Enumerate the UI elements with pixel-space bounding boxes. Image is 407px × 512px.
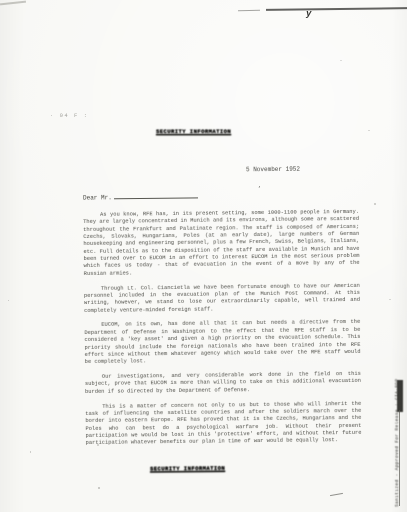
classification-stamp-bottom: SECURITY INFORMATION xyxy=(150,464,225,472)
scan-speck xyxy=(30,451,31,453)
scan-speck xyxy=(389,299,391,300)
scan-speck xyxy=(374,203,376,205)
paragraph: Through Lt. Col. Ciancietla we have been… xyxy=(84,282,360,315)
paragraph: EUCOM, on its own, has done all that it … xyxy=(84,319,360,366)
ink-speck: , xyxy=(258,182,262,189)
pencil-annotation: · 04 F : xyxy=(50,112,88,119)
release-stamp-vertical: Sanitized - Approved For Release : CIA-R… xyxy=(395,377,404,507)
classification-stamp-top: SECURITY INFORMATION xyxy=(156,128,231,135)
scan-speck xyxy=(97,444,99,446)
scanned-letter-page: y · 04 F : SECURITY INFORMATION 5 Novemb… xyxy=(0,0,407,512)
salutation-text: Dear Mr. xyxy=(83,194,112,201)
scan-speck xyxy=(8,300,9,301)
redacted-name-blank xyxy=(114,196,198,199)
paragraph: As you know, RFE has, in its present set… xyxy=(83,209,360,278)
letter-body: As you know, RFE has, in its present set… xyxy=(83,209,362,455)
scan-speck xyxy=(340,60,342,61)
salutation-line: Dear Mr. xyxy=(83,193,198,201)
scan-speck xyxy=(368,130,370,131)
paragraph: Our investigations, and very considerabl… xyxy=(85,371,361,396)
date-line: 5 November 1952 xyxy=(246,166,300,174)
scan-speck xyxy=(98,487,100,489)
paragraph: This is a matter of concern not only to … xyxy=(85,400,361,447)
handwritten-check-mark: y xyxy=(306,9,311,19)
